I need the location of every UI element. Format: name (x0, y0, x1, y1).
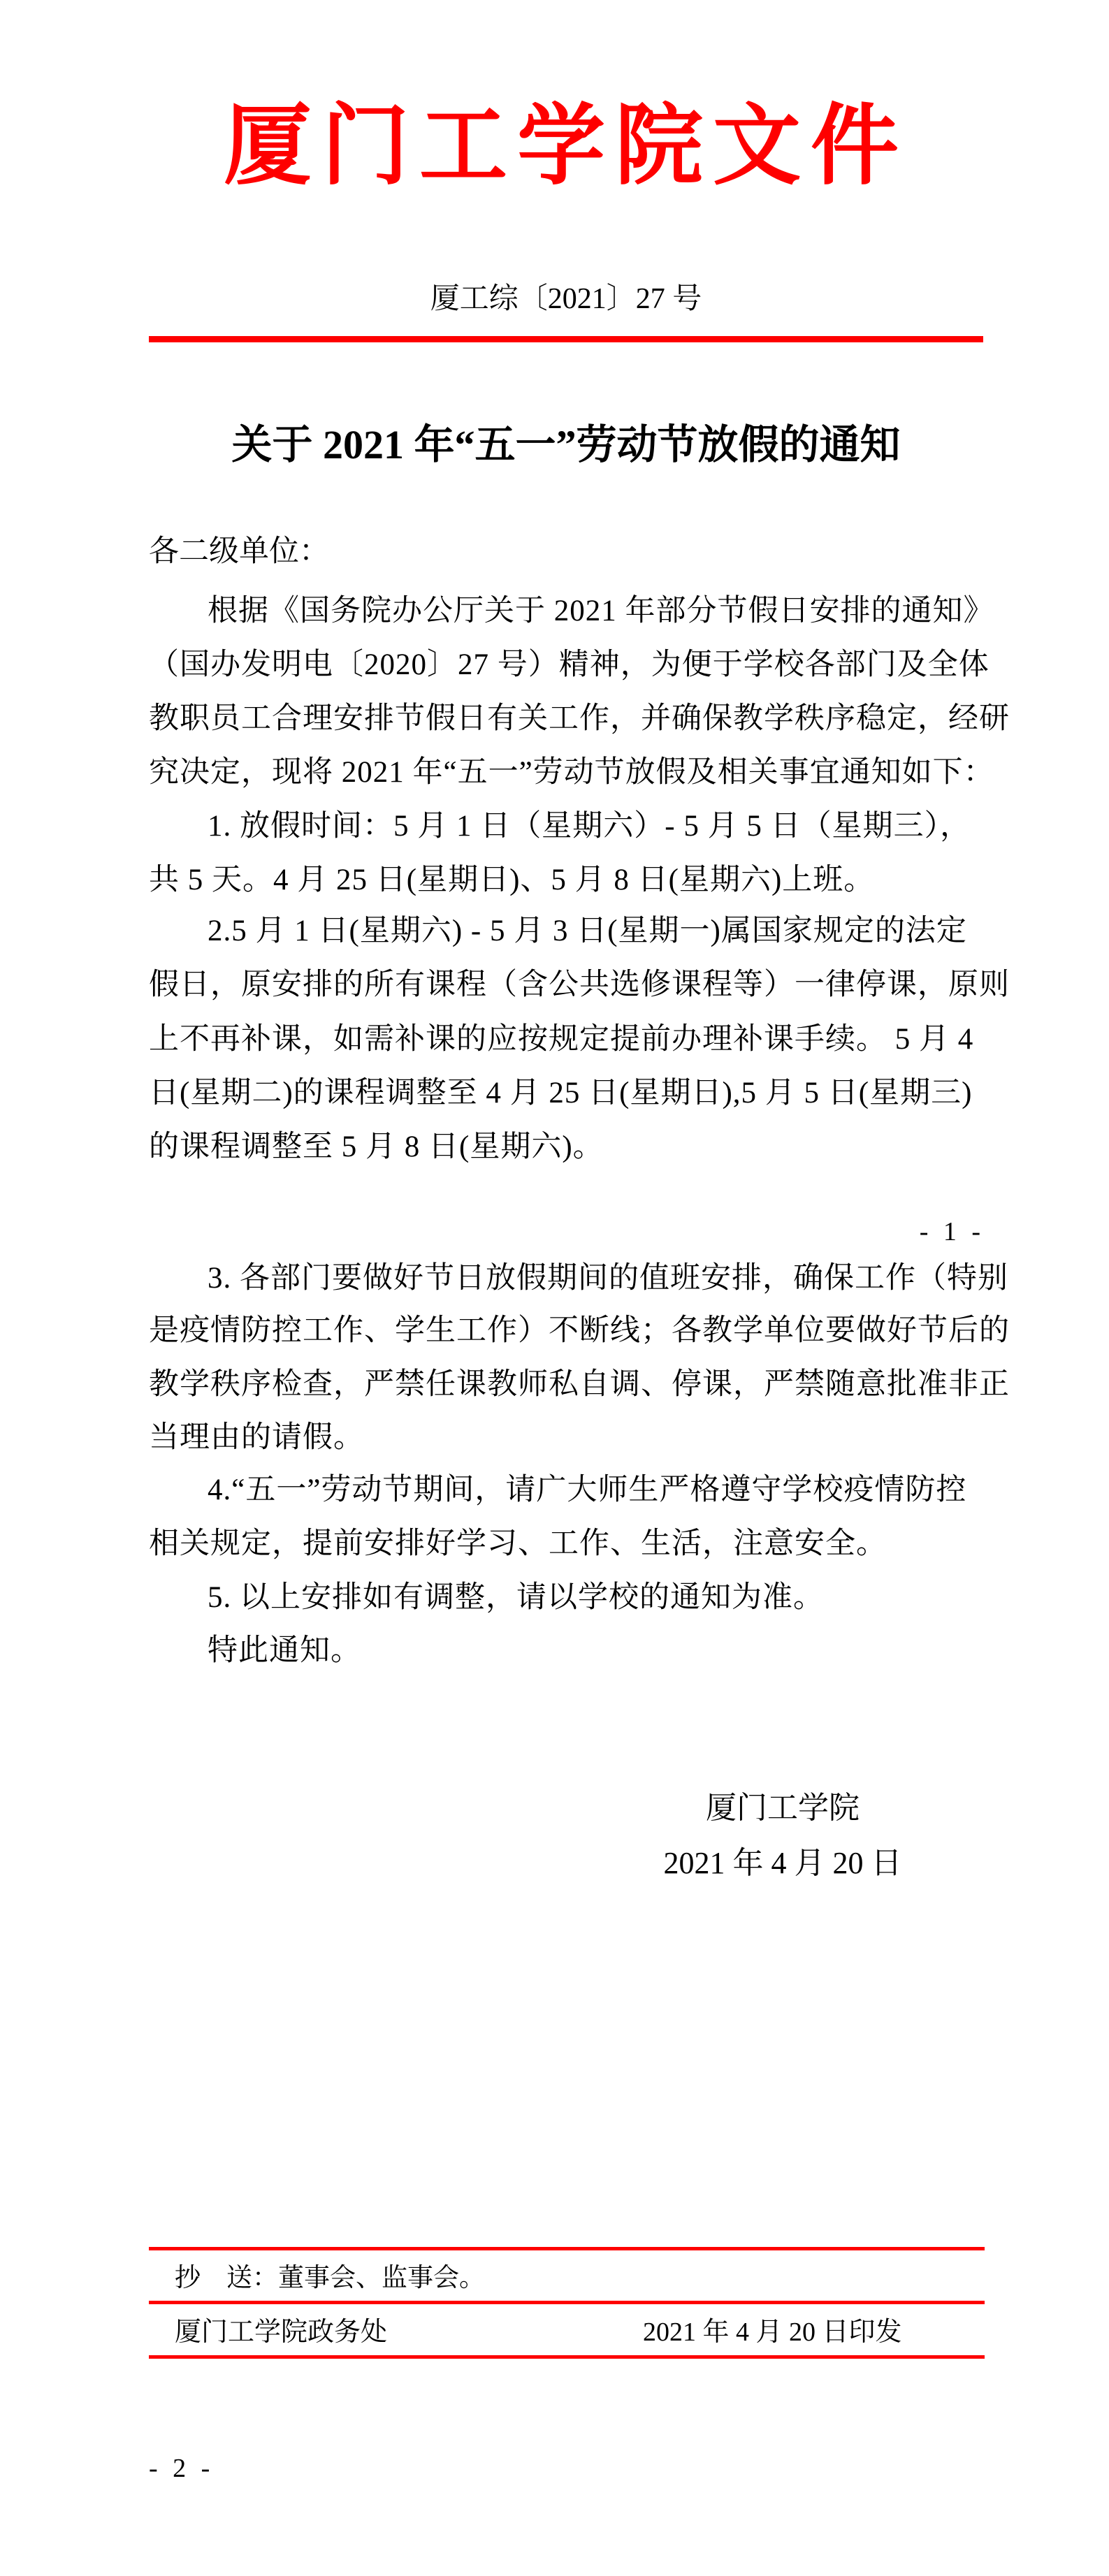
page-number-1: - 1 - (920, 1218, 985, 1245)
body-line: 4.“五一”劳动节期间，请广大师生严格遵守学校疫情防控 (149, 1475, 1053, 1505)
body-line: 当理由的请假。 (149, 1422, 994, 1453)
footer-middle-rule (149, 2301, 985, 2304)
body-line: 的课程调整至 5 月 8 日(星期六)。 (149, 1132, 994, 1162)
body-line: 是疫情防控工作、学生工作）不断线；各教学单位要做好节后的 (149, 1316, 994, 1346)
footer-top-rule (149, 2247, 985, 2250)
body-line: 上不再补课，如需补课的应按规定提前办理补课手续。 5 月 4 (149, 1024, 994, 1054)
body-line: 共 5 天。4 月 25 日(星期日)、5 月 8 日(星期六)上班。 (149, 865, 994, 895)
body-line: 教职员工合理安排节假日有关工作，并确保教学秩序稳定，经研 (149, 704, 994, 734)
page-number-2: - 2 - (149, 2455, 214, 2482)
body-line: 究决定，现将 2021 年“五一”劳动节放假及相关事宜通知如下： (149, 757, 994, 787)
body-line: 特此通知。 (149, 1636, 1053, 1666)
body-line: 根据《国务院办公厅关于 2021 年部分节假日安排的通知》 (149, 596, 1053, 626)
print-date: 2021 年 4 月 20 日印发 (643, 2319, 902, 2345)
body-line: （国办发明电〔2020〕27 号）精神，为便于学校各部门及全体 (149, 650, 994, 680)
body-line: 3. 各部门要做好节日放假期间的值班安排，确保工作（特别 (149, 1263, 1053, 1293)
body-line: 日(星期二)的课程调整至 4 月 25 日(星期日),5 月 5 日(星期三) (149, 1078, 994, 1108)
body-line: 假日，原安排的所有课程（含公共选修课程等）一律停课，原则 (149, 970, 994, 1000)
salutation-line: 各二级单位： (149, 537, 329, 567)
body-line: 1. 放假时间：5 月 1 日（星期六）- 5 月 5 日（星期三）， (149, 811, 1053, 841)
footer-bottom-rule (149, 2355, 985, 2359)
body-line: 教学秩序检查，严禁任课教师私自调、停课，严禁随意批准非正 (149, 1369, 994, 1399)
document-number: 厦工综〔2021〕27 号 (149, 284, 983, 314)
document-header-banner: 厦门工学院文件 (149, 103, 983, 191)
body-line: 2.5 月 1 日(星期六) - 5 月 3 日(星期一)属国家规定的法定 (149, 916, 1053, 946)
cc-line: 抄 送：董事会、监事会。 (175, 2265, 485, 2291)
document-page: 厦门工学院文件 厦工综〔2021〕27 号 关于 2021 年“五一”劳动节放假… (0, 0, 1109, 2576)
header-red-rule (149, 336, 983, 342)
body-line: 相关规定，提前安排好学习、工作、生活，注意安全。 (149, 1529, 994, 1559)
signature-name: 厦门工学院 (590, 1793, 975, 1824)
signature-date: 2021 年 4 月 20 日 (590, 1848, 975, 1879)
body-line: 5. 以上安排如有调整，请以学校的通知为准。 (149, 1582, 1053, 1613)
issuing-office: 厦门工学院政务处 (175, 2319, 387, 2345)
notice-title: 关于 2021 年“五一”劳动节放假的通知 (149, 425, 983, 465)
